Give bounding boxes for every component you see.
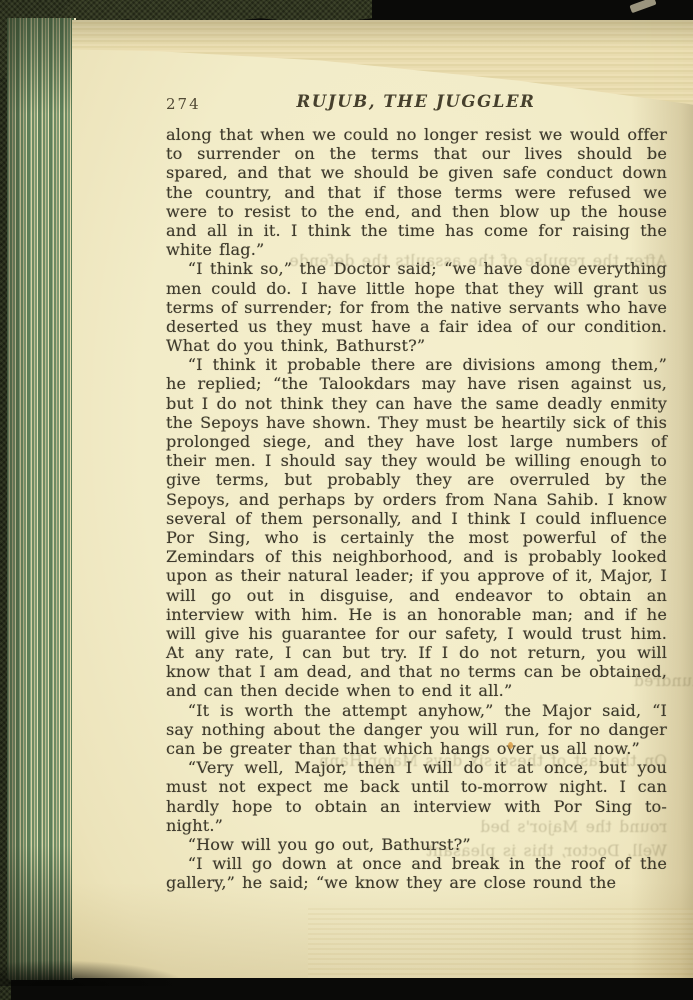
cover-highlight-sliver (629, 0, 656, 13)
scanned-book-page: After the repulse of the assaults the de… (0, 0, 693, 1000)
bottom-left-shadow (0, 960, 190, 986)
page-number: 274 (166, 95, 201, 113)
page-body-text: along that when we could no longer resis… (166, 125, 667, 893)
paragraph: “I think it probable there are divisions… (166, 355, 667, 700)
running-header: RUJUB, THE JUGGLER (166, 92, 666, 111)
paragraph: “Very well, Major, then I will do it at … (166, 758, 667, 835)
page-header: 274 RUJUB, THE JUGGLER (166, 92, 666, 111)
paragraph: “It is worth the attempt anyhow,” the Ma… (166, 701, 667, 759)
paragraph: “I think so,” the Doctor said; “we have … (166, 259, 667, 355)
paragraph: “I will go down at once and break in the… (166, 854, 667, 892)
book-page: After the repulse of the assaults the de… (72, 20, 693, 978)
page-fore-edges (7, 18, 76, 980)
paragraph: “How will you go out, Bathurst?” (166, 835, 667, 854)
page-bottom-curl (308, 908, 693, 978)
paper-stain-fleck (508, 742, 513, 749)
paragraph: along that when we could no longer resis… (166, 125, 667, 259)
